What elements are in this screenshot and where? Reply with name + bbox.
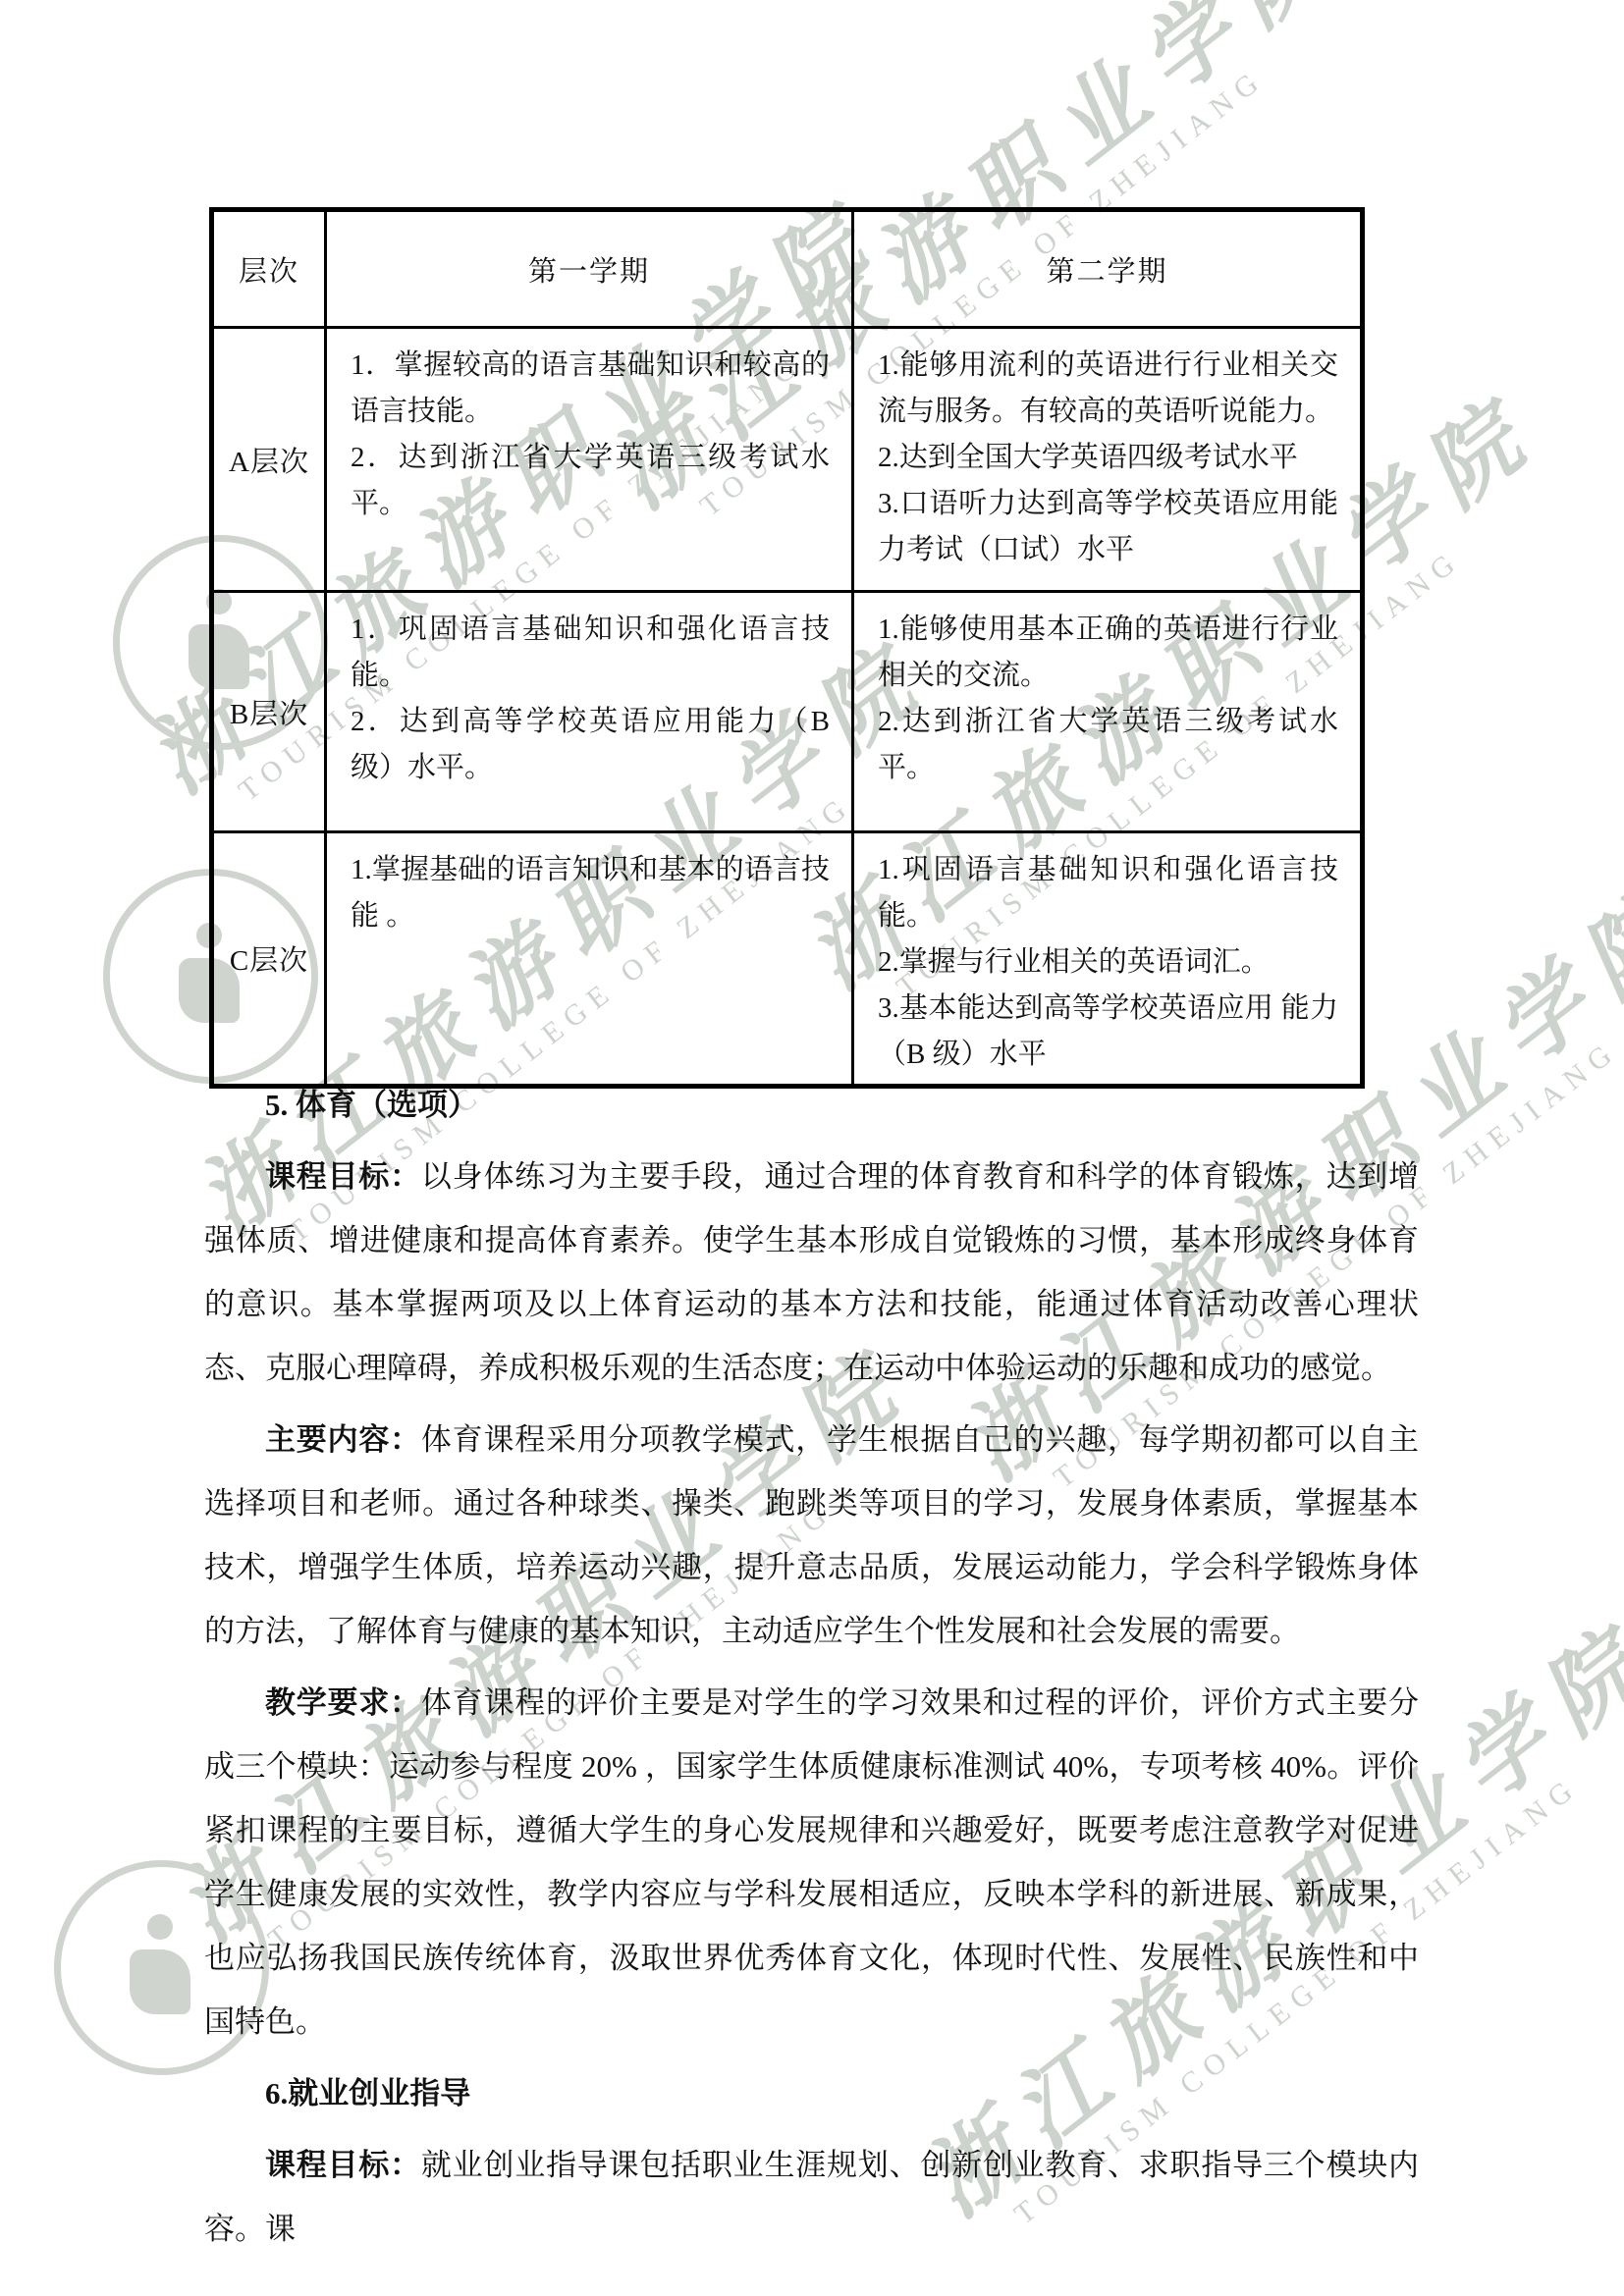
- section-heading-pe: 5. 体育（选项）: [204, 1073, 1419, 1137]
- document-page: 浙江旅游职业学院 TOURISM COLLEGE OF ZHEJIANG 浙江旅…: [0, 0, 1624, 2296]
- paragraph-course-goals-career: 课程目标：就业创业指导课包括职业生涯规划、创新创业教育、求职指导三个模块内容。课: [204, 2133, 1419, 2261]
- paragraph-course-goals: 课程目标：以身体练习为主要手段，通过合理的体育教育和科学的体育锻炼，达到增强体质…: [204, 1145, 1419, 1400]
- cell-item: 1.能够用流利的英语进行行业相关交流与服务。有较高的英语听说能力。: [878, 343, 1338, 435]
- paragraph-label: 课程目标：: [265, 2148, 421, 2182]
- level-label: B层次: [212, 592, 326, 832]
- column-header-sem2: 第二学期: [853, 210, 1363, 328]
- paragraph-teaching-requirements: 教学要求：体育课程的评价主要是对学生的学习效果和过程的评价，评价方式主要分成三个…: [204, 1671, 1419, 2054]
- cell-item: 2.掌握与行业相关的英语词汇。: [878, 939, 1338, 986]
- cell-item: 2．达到浙江省大学英语三级考试水平。: [351, 435, 830, 527]
- section-heading-career: 6.就业创业指导: [204, 2061, 1419, 2125]
- paragraph-label: 课程目标：: [265, 1159, 421, 1194]
- cell-item: 2.达到浙江省大学英语三级考试水平。: [878, 699, 1338, 791]
- table-row-level-c: C层次 1.掌握基础的语言知识和基本的语言技能 。 1.巩固语言基础知识和强化语…: [212, 832, 1363, 1087]
- cell-item: 1．掌握较高的语言基础知识和较高的语言技能。: [351, 343, 830, 435]
- cell-item: 1.掌握基础的语言知识和基本的语言技能 。: [351, 847, 830, 939]
- cell-item: 1.巩固语言基础知识和强化语言技能。: [878, 847, 1338, 939]
- cell-item: 1.能够使用基本正确的英语进行行业相关的交流。: [878, 607, 1338, 699]
- cell-item: 3.基本能达到高等学校英语应用 能力（B 级）水平: [878, 986, 1338, 1078]
- paragraph-main-content: 主要内容：体育课程采用分项教学模式，学生根据自己的兴趣，每学期初都可以自主选择项…: [204, 1408, 1419, 1663]
- english-levels-table: 层次 第一学期 第二学期 A层次 1．掌握较高的语言基础知识和较高的语言技能。 …: [209, 207, 1365, 1089]
- cell-item: 3.口语听力达到高等学校英语应用能力考试（口试）水平: [878, 481, 1338, 573]
- paragraph-text: 体育课程的评价主要是对学生的学习效果和过程的评价，评价方式主要分成三个模块：运动…: [204, 1685, 1419, 2039]
- table-row-level-b: B层次 1．巩固语言基础知识和强化语言技能。 2．达到高等学校英语应用能力（B …: [212, 592, 1363, 832]
- table-cell-sem2: 1.巩固语言基础知识和强化语言技能。 2.掌握与行业相关的英语词汇。 3.基本能…: [853, 832, 1363, 1087]
- table-cell-sem1: 1．巩固语言基础知识和强化语言技能。 2．达到高等学校英语应用能力（B 级）水平…: [326, 592, 853, 832]
- table-cell-sem2: 1.能够使用基本正确的英语进行行业相关的交流。 2.达到浙江省大学英语三级考试水…: [853, 592, 1363, 832]
- cell-item: 2．达到高等学校英语应用能力（B 级）水平。: [351, 699, 830, 791]
- column-header-level: 层次: [212, 210, 326, 328]
- paragraph-label: 教学要求：: [265, 1685, 421, 1720]
- table-cell-sem1: 1．掌握较高的语言基础知识和较高的语言技能。 2．达到浙江省大学英语三级考试水平…: [326, 328, 853, 592]
- document-body: 5. 体育（选项） 课程目标：以身体练习为主要手段，通过合理的体育教育和科学的体…: [204, 1067, 1419, 2269]
- cell-item: 2.达到全国大学英语四级考试水平: [878, 435, 1338, 481]
- table-cell-sem1: 1.掌握基础的语言知识和基本的语言技能 。: [326, 832, 853, 1087]
- table-cell-sem2: 1.能够用流利的英语进行行业相关交流与服务。有较高的英语听说能力。 2.达到全国…: [853, 328, 1363, 592]
- paragraph-label: 主要内容：: [265, 1422, 421, 1457]
- level-label: A层次: [212, 328, 326, 592]
- column-header-sem1: 第一学期: [326, 210, 853, 328]
- table-row-level-a: A层次 1．掌握较高的语言基础知识和较高的语言技能。 2．达到浙江省大学英语三级…: [212, 328, 1363, 592]
- cell-item: 1．巩固语言基础知识和强化语言技能。: [351, 607, 830, 699]
- table-header-row: 层次 第一学期 第二学期: [212, 210, 1363, 328]
- level-label: C层次: [212, 832, 326, 1087]
